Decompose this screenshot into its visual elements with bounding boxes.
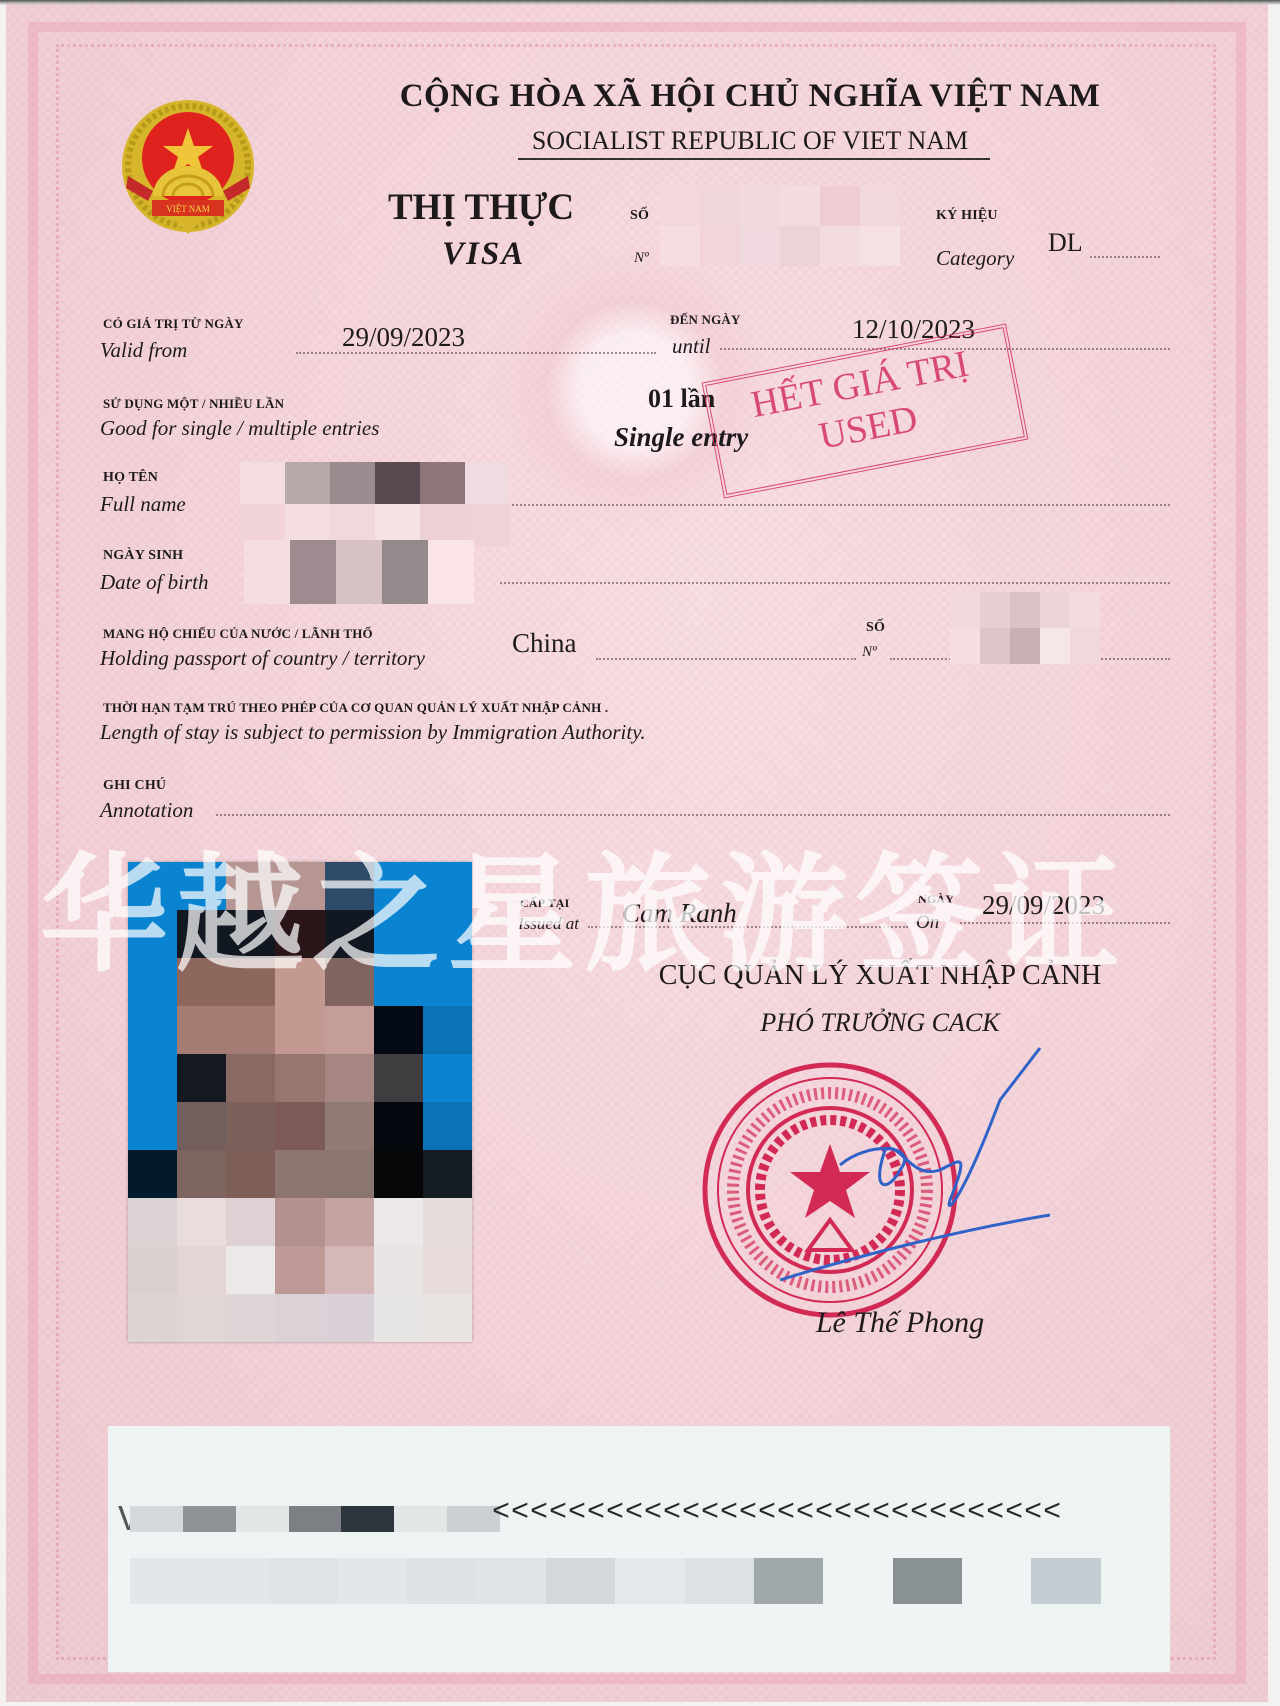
mrz-line1-fill: <<<<<<<<<<<<<<<<<<<<<<<<<<<<<< <box>492 1496 1062 1530</box>
dob-label-en: Date of birth <box>100 570 209 595</box>
category-label-en: Category <box>936 246 1014 271</box>
valid-from-label-en: Valid from <box>100 338 187 363</box>
passport-country-value: China <box>512 628 577 659</box>
number-label-vi: SỐ <box>630 208 649 224</box>
visa-number-redacted <box>660 186 900 266</box>
stay-notice-vi: THỜI HẠN TẠM TRÚ THEO PHÉP CỦA CƠ QUAN Q… <box>103 700 608 716</box>
passport-number-label-vi: SỐ <box>866 620 885 636</box>
passport-number-label-en: Nº <box>862 644 877 661</box>
signatory-name: Lê Thế Phong <box>700 1306 1100 1340</box>
full-name-label-en: Full name <box>100 492 186 517</box>
dob-redacted <box>244 540 474 604</box>
country-name-en: SOCIALIST REPUBLIC OF VIET NAM <box>380 126 1120 156</box>
svg-text:VIỆT NAM: VIỆT NAM <box>166 204 210 214</box>
machine-readable-zone: V <<<<<<<<<<<<<<<<<<<<<<<<<<<<<< <box>108 1426 1170 1672</box>
country-name-vi: CỘNG HÒA XÃ HỘI CHỦ NGHĨA VIỆT NAM <box>380 78 1120 115</box>
valid-from-value: 29/09/2023 <box>342 322 465 353</box>
page-edge-shadow <box>0 0 1280 5</box>
passport-label-vi: MANG HỘ CHIẾU CỦA NƯỚC / LÃNH THỔ <box>103 626 373 642</box>
national-emblem-icon: VIỆT NAM <box>108 96 268 256</box>
visa-title-vi: THỊ THỰC <box>388 186 574 229</box>
category-value: DL <box>1048 228 1083 258</box>
mrz-line1-redacted <box>130 1506 500 1532</box>
entries-label-vi: SỬ DỤNG MỘT / NHIỀU LẦN <box>103 396 284 412</box>
dob-label-vi: NGÀY SINH <box>103 548 183 564</box>
header-underline <box>518 158 990 160</box>
mrz-line2-redacted <box>130 1558 1170 1604</box>
entries-label-en: Good for single / multiple entries <box>100 416 379 441</box>
stay-notice-en: Length of stay is subject to permission … <box>100 720 646 745</box>
number-label-en: Nº <box>634 250 649 267</box>
visa-title-en: VISA <box>442 236 525 273</box>
full-name-label-vi: HỌ TÊN <box>103 470 158 486</box>
full-name-redacted <box>240 462 510 546</box>
valid-until-label-en: until <box>672 334 711 359</box>
valid-from-label-vi: CÓ GIÁ TRỊ TỪ NGÀY <box>103 316 244 332</box>
valid-until-label-vi: ĐẾN NGÀY <box>670 312 741 328</box>
passport-label-en: Holding passport of country / territory <box>100 646 425 671</box>
passport-number-redacted <box>950 592 1100 664</box>
agency-watermark: 华越之星旅游签证 <box>40 812 1260 996</box>
category-label-vi: KÝ HIỆU <box>936 208 998 224</box>
annotation-label-vi: GHI CHÚ <box>103 778 166 794</box>
